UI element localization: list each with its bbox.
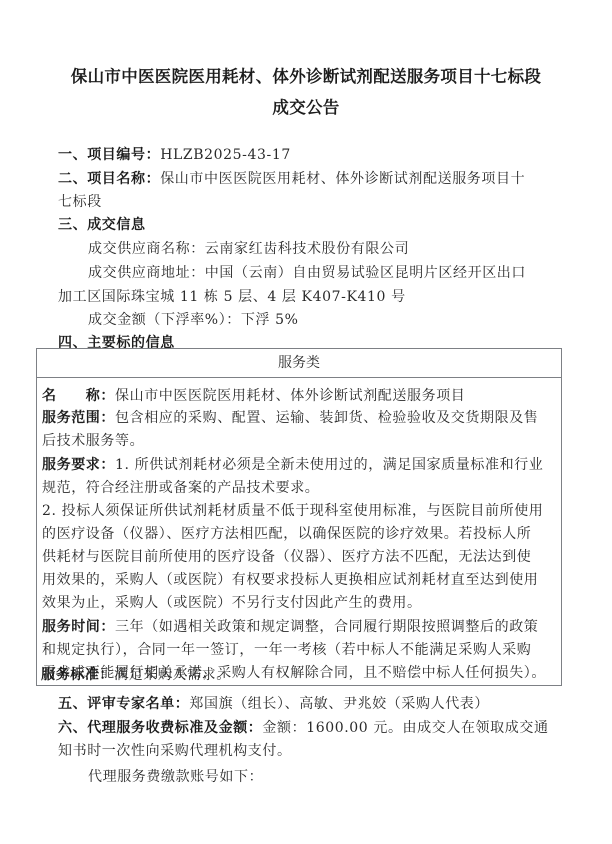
requirements-line-6: 用效果的，采购人（或医院）有权要求投标人更换相应试剂耗材直至达到使用 <box>42 569 538 589</box>
scope-cont: 后技术服务等。 <box>42 430 144 450</box>
name-label: 名 称： <box>42 388 115 404</box>
agency-fee: 六、代理服务收费标准及金额：金额：1600.00 元。由成交人在领取成交通 <box>58 717 549 737</box>
project-number-label: 一、项目编号： <box>58 147 160 163</box>
expert-list-label: 五、评审专家名单： <box>58 696 189 712</box>
document-title: 保山市中医医院医用耗材、体外诊断试剂配送服务项目十七标段 <box>0 63 612 87</box>
project-name-cont: 七标段 <box>58 191 102 211</box>
name-value: 保山市中医医院医用耗材、体外诊断试剂配送服务项目 <box>115 388 465 404</box>
fee-account-intro: 代理服务费缴款账号如下： <box>88 766 263 786</box>
requirements-line-7: 效果为止，采购人（或医院）不另行支付因此产生的费用。 <box>42 592 422 612</box>
requirements-line-2: 规范，符合经注册或备案的产品技术要求。 <box>42 477 319 497</box>
requirements-line-4: 的医疗设备（仪器）、医疗方法相匹配，以确保医院的诊疗效果。若投标人所 <box>42 523 531 543</box>
project-name: 二、项目名称：保山市中医医院医用耗材、体外诊断试剂配送服务项目十 <box>58 168 525 188</box>
row-requirements: 服务要求：1. 所供试剂耗材必须是全新未使用过的，满足国家质量标准和行业 <box>42 454 543 474</box>
scope-value: 包含相应的采购、配置、运输、装卸货、检验验收及交货期限及售 <box>115 410 538 426</box>
row-service-time: 服务时间：三年（如遇相关政策和规定调整，合同履行期限按照调整后的政策 <box>42 616 538 636</box>
deal-info-heading: 三、成交信息 <box>58 214 146 234</box>
agency-fee-label: 六、代理服务收费标准及金额： <box>58 720 262 736</box>
service-info-table: 服务类 名 称：保山市中医医院医用耗材、体外诊断试剂配送服务项目 服务范围：包含… <box>36 348 562 686</box>
agency-fee-value: 金额：1600.00 元。由成交人在领取成交通 <box>262 720 548 736</box>
agency-fee-cont: 知书时一次性向采购代理机构支付。 <box>58 740 292 760</box>
requirements-label: 服务要求： <box>42 457 115 473</box>
supplier-address: 成交供应商地址：中国（云南）自由贸易试验区昆明片区经开区出口 <box>88 262 526 282</box>
service-standard-value: 满足采购人需求。 <box>114 667 231 683</box>
row-service-standard: 服务标准：满足采购人需求。 <box>41 664 231 684</box>
supplier-address-cont: 加工区国际珠宝城 11 栋 5 层、4 层 K407-K410 号 <box>58 286 406 306</box>
document-subtitle: 成交公告 <box>0 94 612 118</box>
supplier-name: 成交供应商名称：云南家红齿科技术股份有限公司 <box>88 238 409 258</box>
project-name-label: 二、项目名称： <box>58 171 160 187</box>
table-header: 服务类 <box>37 349 561 378</box>
project-number-value: HLZB2025-43-17 <box>160 147 291 163</box>
service-time-line-2: 和规定执行），合同一年一签订，一年一考核（若中标人不能满足采购人采购 <box>42 639 531 659</box>
row-name: 名 称：保山市中医医院医用耗材、体外诊断试剂配送服务项目 <box>42 385 465 405</box>
requirements-line-5: 供耗材与医院目前所使用的医疗设备（仪器）、医疗方法不匹配，无法达到使 <box>42 546 531 566</box>
service-standard-label: 服务标准： <box>41 667 114 683</box>
project-number: 一、项目编号：HLZB2025-43-17 <box>58 144 291 164</box>
requirements-value: 1. 所供试剂耗材必须是全新未使用过的，满足国家质量标准和行业 <box>115 457 543 473</box>
project-name-value: 保山市中医医院医用耗材、体外诊断试剂配送服务项目十 <box>160 171 525 187</box>
scope-label: 服务范围： <box>42 410 115 426</box>
service-time-value: 三年（如遇相关政策和规定调整，合同履行期限按照调整后的政策 <box>115 619 538 635</box>
row-scope: 服务范围：包含相应的采购、配置、运输、装卸货、检验验收及交货期限及售 <box>42 407 538 427</box>
service-time-label: 服务时间： <box>42 619 115 635</box>
expert-list-value: 郑国旗（组长）、高敏、尹兆姣（采购人代表） <box>189 696 489 712</box>
expert-list: 五、评审专家名单：郑国旗（组长）、高敏、尹兆姣（采购人代表） <box>58 693 489 713</box>
requirements-line-3: 2. 投标人须保证所供试剂耗材质量不低于现科室使用标准，与医院目前所使用 <box>42 500 543 520</box>
deal-amount: 成交金额（下浮率%）：下浮 5% <box>88 309 299 329</box>
